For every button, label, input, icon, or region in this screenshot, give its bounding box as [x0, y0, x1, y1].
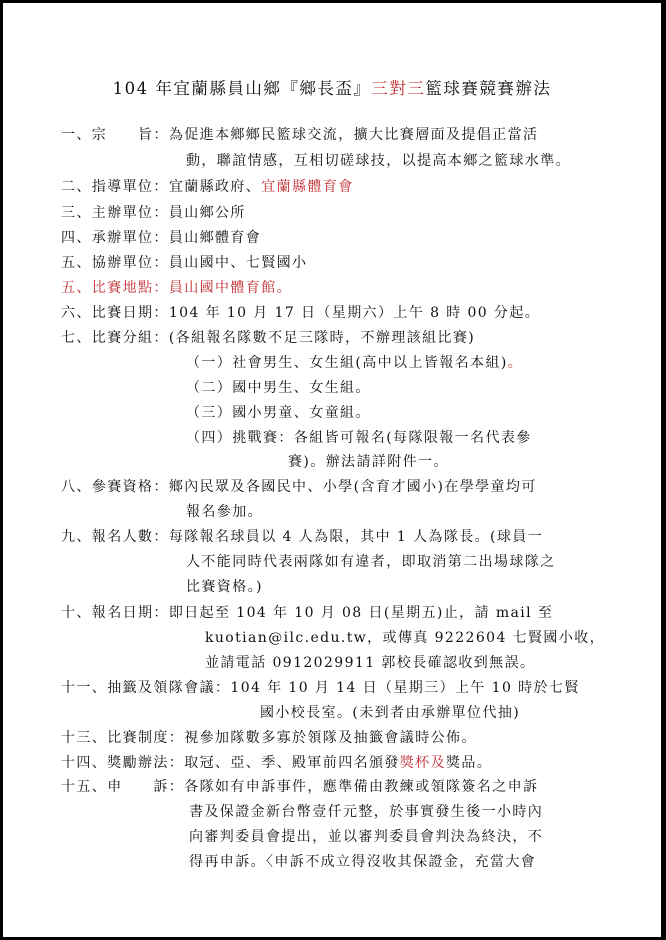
section-label: 十三、比賽制度： [61, 730, 184, 746]
section-text: 書及保證金新台幣壹仟元整，於事實發生後一小時內 [189, 803, 543, 821]
section-text: 員山國中、七賢國小 [169, 255, 308, 271]
section-label: 五、協辦單位： [61, 255, 169, 271]
section-label: 十一、抽籤及領隊會議： [61, 680, 230, 696]
section-guidance: 二、指導單位：宜蘭縣政府、宜蘭縣體育會 [61, 178, 354, 196]
section-label: 十五、申 訴： [61, 779, 184, 795]
section-label: 九、報名人數： [61, 529, 169, 545]
group-item-continued: 賽)。辦法請詳附件一。 [288, 453, 449, 471]
section-label: 十四、獎勵辦法： [61, 755, 184, 771]
section-format: 十三、比賽制度：視參加隊數多寡於領隊及抽籤會議時公佈。 [61, 729, 477, 747]
section-venue: 五、比賽地點：員山國中體育館。 [61, 279, 292, 297]
group-item: （三）國小男童、女童組。 [186, 404, 371, 422]
section-text: 國小校長室。(未到者由承辦單位代抽) [260, 704, 520, 722]
section-registration: 十、報名日期：即日起至 104 年 10 月 08 日(星期五)止，請 mail… [61, 604, 553, 622]
section-text: 報名參加。 [186, 503, 263, 521]
section-text: 比賽資格。) [186, 578, 263, 596]
section-appeal: 十五、申 訴：各隊如有申訴事件，應準備由教練或領隊簽名之申訴 [61, 778, 538, 796]
section-text: 員山鄉公所 [169, 205, 246, 221]
section-label: 三、主辦單位： [61, 205, 169, 221]
section-text: 人不能同時代表兩隊如有違者，即取消第二出場球隊之 [186, 553, 556, 571]
section-roster: 九、報名人數：每隊報名球員以 4 人為限，其中 1 人為隊長。(球員一 [61, 528, 543, 546]
group-item: （一）社會男生、女生組(高中以上皆報名本組)。 [186, 354, 523, 372]
section-text-highlight: 宜蘭縣體育會 [261, 179, 353, 195]
section-text: 視參加隊數多寡於領隊及抽籤會議時公佈。 [184, 730, 477, 746]
section-text-highlight: 獎杯及 [400, 755, 446, 771]
section-text: 104 年 10 月 17 日（星期六）上午 8 時 00 分起。 [169, 305, 540, 321]
title-text: 104 年宜蘭縣員山鄉『鄉長盃』 [113, 79, 372, 98]
section-text: 每隊報名球員以 4 人為限，其中 1 人為隊長。(球員一 [169, 529, 543, 545]
section-text: 鄉內民眾及各國民中、小學(含育才國小)在學學童均可 [169, 479, 537, 495]
section-text: 取冠、亞、季、殿軍前四名頒發 [184, 755, 400, 771]
red-period: 。 [508, 355, 523, 371]
section-label: 五、比賽地點： [61, 280, 169, 296]
section-groups: 七、比賽分組：(各組報名隊數不足三隊時，不辦理該組比賽) [61, 329, 475, 347]
document-title: 104 年宜蘭縣員山鄉『鄉長盃』三對三籃球賽競賽辦法 [3, 75, 661, 99]
section-text: 各隊如有申訴事件，應準備由教練或領隊簽名之申訴 [184, 779, 538, 795]
section-date: 六、比賽日期：104 年 10 月 17 日（星期六）上午 8 時 00 分起。 [61, 304, 540, 322]
section-text: 並請電話 0912029911 郭校長確認收到無誤。 [205, 654, 535, 672]
section-co-organizer: 五、協辦單位：員山國中、七賢國小 [61, 254, 307, 272]
group-item: （二）國中男生、女生組。 [186, 379, 371, 397]
section-text: 得再申訴。〈申訴不成立得沒收其保證金，充當大會 [189, 853, 536, 871]
section-label: 八、參賽資格： [61, 479, 169, 495]
section-text: 動，聯誼情感，互相切磋球技，以提高本鄉之籃球水準。 [186, 152, 571, 170]
section-draw-meeting: 十一、抽籤及領隊會議：104 年 10 月 14 日（星期三）上午 10 時於七… [61, 679, 580, 697]
section-text: 即日起至 104 年 10 月 08 日(星期五)止，請 mail 至 [169, 605, 553, 621]
title-highlight: 三對三 [371, 79, 425, 98]
section-text: 員山國中體育館。 [169, 280, 292, 296]
section-text: 宜蘭縣政府、 [169, 179, 261, 195]
section-text: 104 年 10 月 14 日（星期三）上午 10 時於七賢 [230, 680, 579, 696]
section-text: kuotian@ilc.edu.tw，或傳真 9222604 七賢國小收， [205, 629, 605, 647]
title-text-end: 籃球賽競賽辦法 [425, 79, 551, 98]
section-text-end: 獎品。 [446, 755, 492, 771]
section-label: 六、比賽日期： [61, 305, 169, 321]
section-purpose: 一、宗 旨：為促進本鄉鄉民籃球交流，擴大比賽層面及提倡正當活 [61, 126, 538, 144]
section-label: 二、指導單位： [61, 179, 169, 195]
section-executor: 四、承辦單位：員山鄉體育會 [61, 229, 261, 247]
section-awards: 十四、獎勵辦法：取冠、亞、季、殿軍前四名頒發獎杯及獎品。 [61, 754, 492, 772]
section-organizer: 三、主辦單位：員山鄉公所 [61, 204, 246, 222]
section-label: 十、報名日期： [61, 605, 169, 621]
group-text: （一）社會男生、女生組(高中以上皆報名本組) [186, 355, 508, 371]
document-page: 104 年宜蘭縣員山鄉『鄉長盃』三對三籃球賽競賽辦法 一、宗 旨：為促進本鄉鄉民… [3, 3, 661, 937]
section-label: 四、承辦單位： [61, 230, 169, 246]
group-item: （四）挑戰賽：各組皆可報名(每隊限報一名代表參 [186, 429, 532, 447]
section-text: 向審判委員會提出，並以審判委員會判決為終決，不 [189, 828, 543, 846]
section-text: (各組報名隊數不足三隊時，不辦理該組比賽) [169, 330, 475, 346]
section-label: 七、比賽分組： [61, 330, 169, 346]
section-text: 員山鄉體育會 [169, 230, 261, 246]
section-text: 為促進本鄉鄉民籃球交流，擴大比賽層面及提倡正當活 [169, 127, 539, 143]
section-eligibility: 八、參賽資格：鄉內民眾及各國民中、小學(含育才國小)在學學童均可 [61, 478, 537, 496]
section-label: 一、宗 旨： [61, 127, 169, 143]
